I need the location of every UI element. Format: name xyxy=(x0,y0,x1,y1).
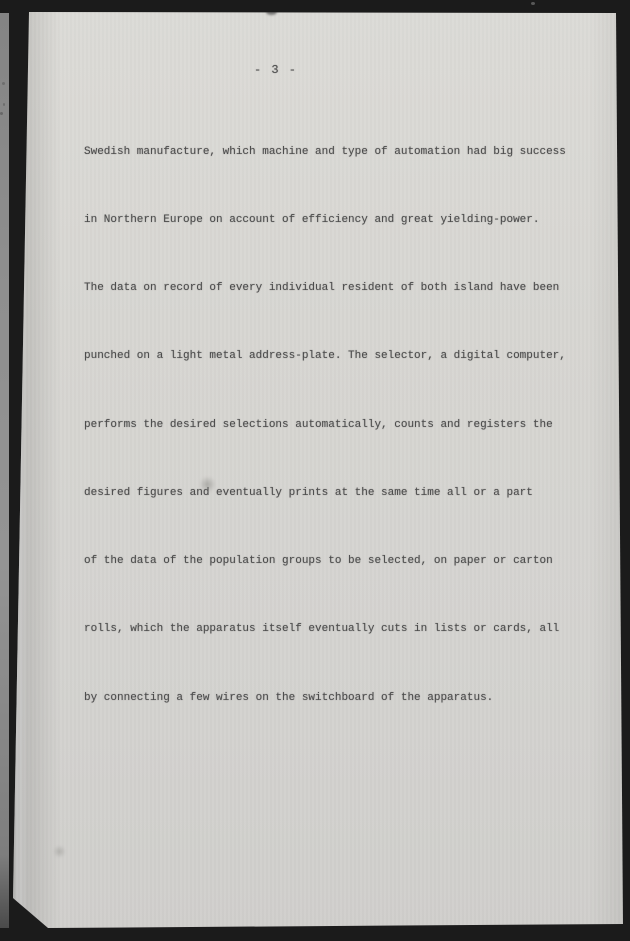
dust-speck xyxy=(0,112,3,115)
text-line: The data on record of every individual r… xyxy=(84,277,566,300)
adjacent-page-edge xyxy=(0,13,9,928)
text-line: rolls, which the apparatus itself eventu… xyxy=(84,618,566,641)
text-line: Swedish manufacture, which machine and t… xyxy=(84,141,566,164)
text-line: of the data of the population groups to … xyxy=(84,550,566,573)
dust-speck xyxy=(2,82,5,85)
ink-speck xyxy=(24,112,26,116)
text-line: punched on a light metal address-plate. … xyxy=(84,345,566,368)
ink-speck xyxy=(25,99,27,102)
text-line: performs the desired selections automati… xyxy=(84,414,566,437)
ink-speck xyxy=(25,91,27,93)
scanned-document-background: - 3 - Swedish manufacture, which machine… xyxy=(0,0,630,941)
ink-smudge xyxy=(266,9,277,15)
ink-speck xyxy=(23,73,27,80)
dust-speck xyxy=(531,2,535,5)
text-line: by connecting a few wires on the switchb… xyxy=(84,687,566,710)
paper-stain xyxy=(199,476,216,493)
body-text: Swedish manufacture, which machine and t… xyxy=(84,95,566,755)
text-line: desired figures and eventually prints at… xyxy=(84,482,566,505)
text-line: in Northern Europe on account of efficie… xyxy=(84,209,566,232)
page-number: - 3 - xyxy=(254,63,298,77)
dust-speck xyxy=(3,103,5,106)
document-page: - 3 - Swedish manufacture, which machine… xyxy=(0,0,630,941)
paper-stain xyxy=(53,845,66,858)
